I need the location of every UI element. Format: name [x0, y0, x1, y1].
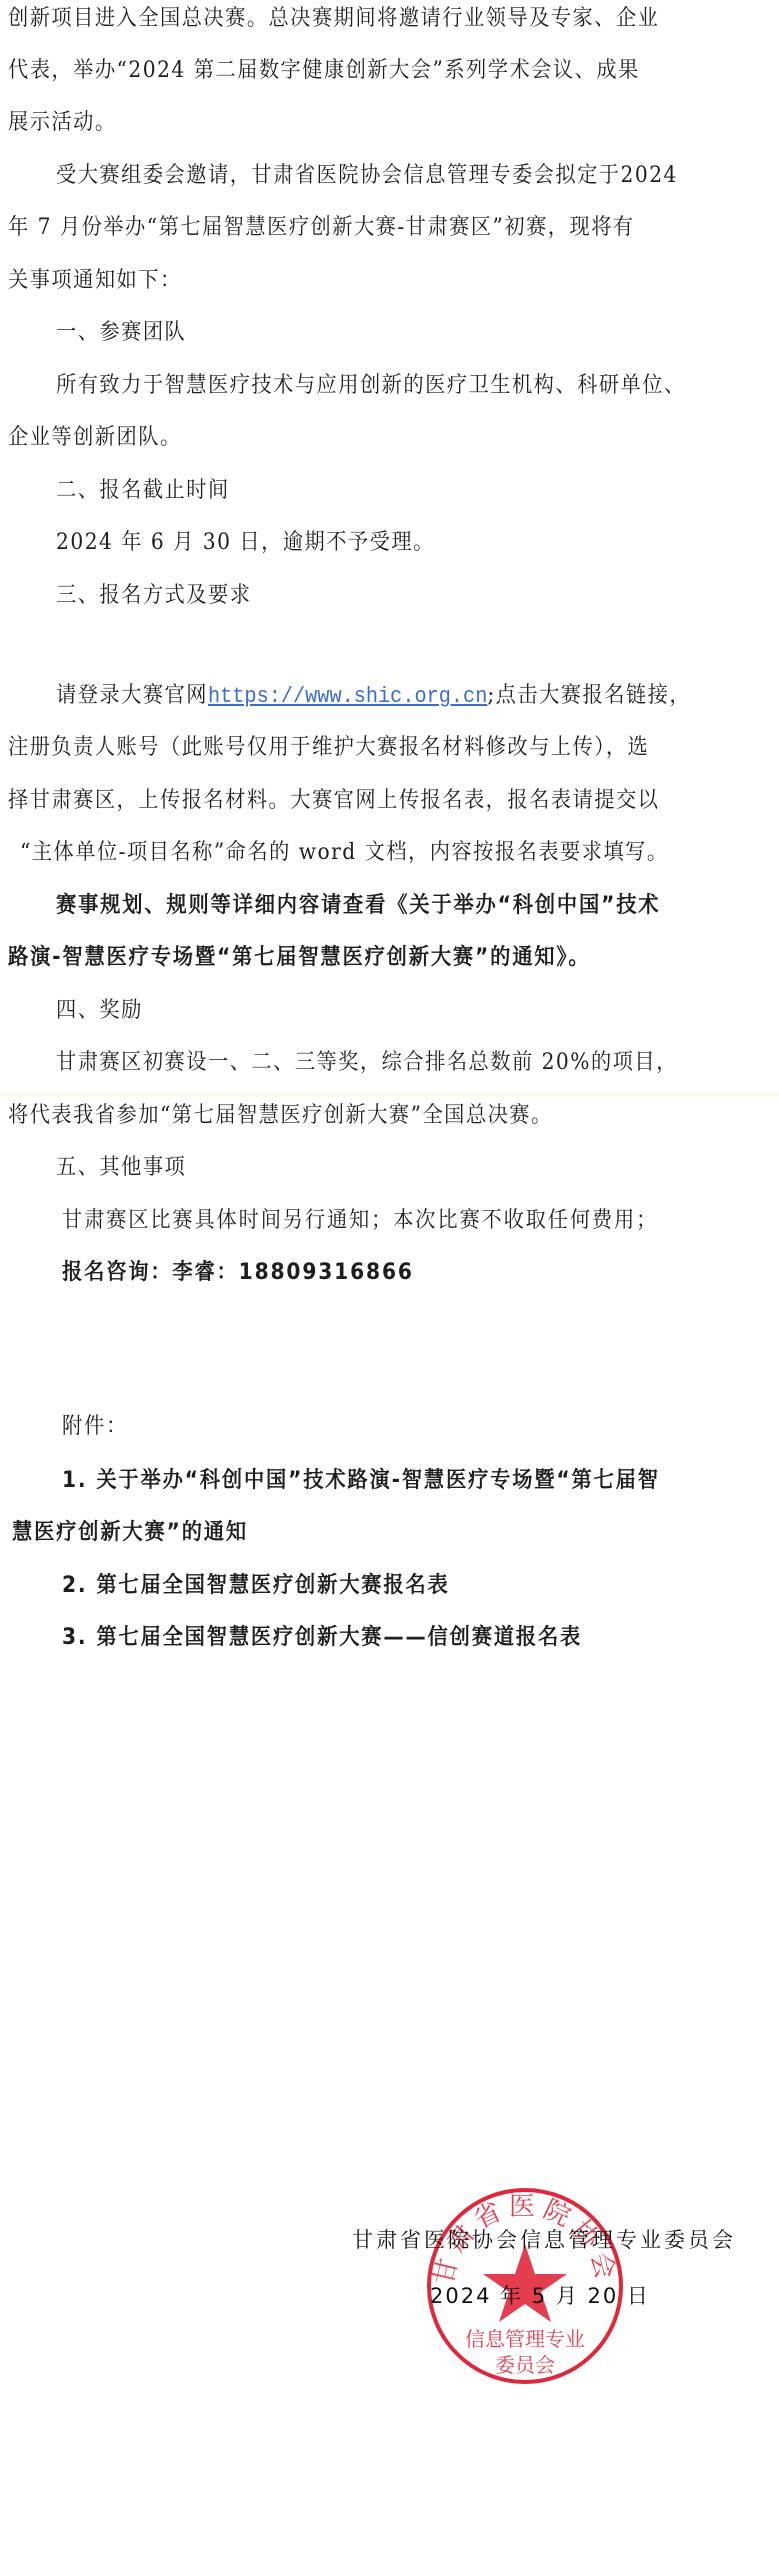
section-heading-other: 五、其他事项 — [56, 1153, 186, 1183]
attachment-item: 1. 关于举办“科创中国”技术路演-智慧医疗专场暨“第七届智 — [62, 1466, 660, 1496]
body-line: 企业等创新团队。 — [8, 423, 182, 453]
body-line: “主体单位-项目名称”命名的 word 文档，内容按报名表要求填写。 — [20, 838, 669, 868]
contact-info: 报名咨询：李睿：18809316866 — [62, 1258, 414, 1288]
body-line: 展示活动。 — [8, 108, 117, 138]
svg-text:委员会: 委员会 — [495, 2353, 555, 2377]
other-note: 甘肃赛区比赛具体时间另行通知；本次比赛不收取任何费用； — [62, 1206, 658, 1236]
body-line: 所有致力于智慧医疗技术与应用创新的医疗卫生机构、科研单位、 — [56, 371, 686, 401]
body-line: 将代表我省参加“第七届智慧医疗创新大赛”全国总决赛。 — [8, 1101, 553, 1131]
attachments-heading: 附件： — [62, 1412, 128, 1442]
section-heading-teams: 一、参赛团队 — [56, 318, 186, 348]
body-line: 注册负责人账号（此账号仅用于维护大赛报名材料修改与上传），选 — [8, 733, 649, 763]
registration-suffix: ;点击大赛报名链接， — [487, 683, 691, 708]
attachment-item: 3. 第七届全国智慧医疗创新大赛——信创赛道报名表 — [62, 1623, 582, 1653]
signing-date: 2024 年 5 月 20 日 — [430, 2281, 650, 2311]
section-heading-registration: 三、报名方式及要求 — [56, 581, 251, 611]
attachment-item: 2. 第七届全国智慧医疗创新大赛报名表 — [62, 1571, 450, 1601]
section-heading-deadline: 二、报名截止时间 — [56, 476, 230, 506]
bold-notice-line: 路演-智慧医疗专场暨“第七届智慧医疗创新大赛”的通知》。 — [8, 943, 590, 973]
body-line: 受大赛组委会邀请，甘肃省医院协会信息管理专委会拟定于2024 — [56, 161, 678, 191]
section-heading-awards: 四、奖励 — [56, 996, 143, 1026]
body-line: 关事项通知如下： — [8, 266, 182, 296]
body-line: 择甘肃赛区，上传报名材料。大赛官网上传报名表，报名表请提交以 — [8, 786, 659, 816]
body-line: 年 7 月份举办“第七届智慧医疗创新大赛-甘肃赛区”初赛，现将有 — [8, 213, 635, 243]
attachment-item: 慧医疗创新大赛”的通知 — [12, 1518, 248, 1548]
bold-notice-line: 赛事规划、规则等详细内容请查看《关于举办“科创中国”技术 — [56, 891, 660, 921]
registration-line: 请登录大赛官网https://www.shic.org.cn;点击大赛报名链接， — [56, 681, 691, 712]
body-line: 创新项目进入全国总决赛。总决赛期间将邀请行业领导及专家、企业 — [8, 4, 659, 34]
body-line: 代表，举办“2024 第二届数字健康创新大会”系列学术会议、成果 — [8, 56, 640, 86]
body-line: 甘肃赛区初赛设一、二、三等奖，综合排名总数前 20%的项目， — [56, 1048, 678, 1078]
scan-artifact — [0, 1092, 779, 1096]
deadline-text: 2024 年 6 月 30 日，逾期不予受理。 — [56, 528, 435, 558]
registration-prefix: 请登录大赛官网 — [56, 683, 208, 708]
svg-text:信息管理专业: 信息管理专业 — [465, 2327, 585, 2351]
official-website-link[interactable]: https://www.shic.org.cn — [208, 684, 487, 709]
signing-organization: 甘肃省医院协会信息管理专业委员会 — [352, 2225, 736, 2255]
